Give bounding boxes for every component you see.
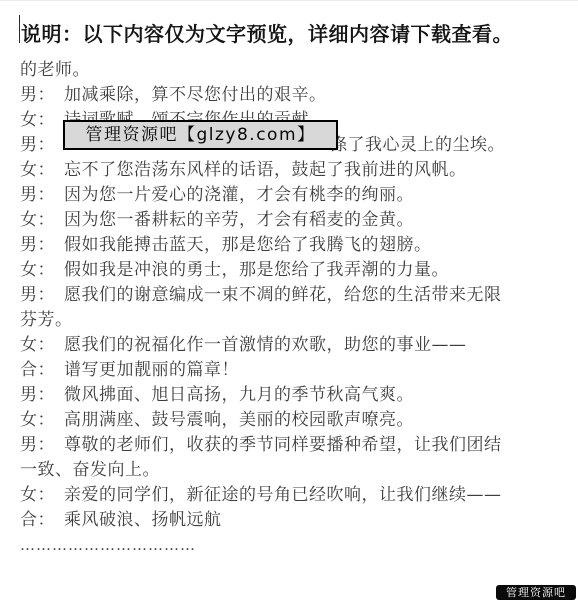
speaker-label: 男： <box>20 235 55 255</box>
speaker-label: 女： <box>20 210 55 230</box>
speaker-label: 合： <box>20 360 55 380</box>
preview-notice: 说明：以下内容仅为文字预览，详细内容请下载查看。 <box>21 18 513 47</box>
line-text: 因为您一番耕耘的辛劳，才会有稻麦的金黄。 <box>64 210 414 230</box>
preview-page: 说明：以下内容仅为文字预览，详细内容请下载查看。 的老师。男：加减乘除，算不尽您… <box>0 0 578 601</box>
speaker-label: 男： <box>20 285 55 305</box>
line-text: 忘不了您浩荡东风样的话语，鼓起了我前进的风帆。 <box>64 160 467 180</box>
speaker-label: 女： <box>20 410 55 430</box>
script-line: 男：微风拂面、旭日高扬，九月的季节秋高气爽。 <box>20 383 572 408</box>
script-line: 男：愿我们的谢意编成一束不凋的鲜花，给您的生活带来无限 <box>20 283 572 308</box>
script-line: 的老师。 <box>20 58 572 83</box>
line-text: 假如我能搏击蓝天，那是您给了我腾飞的翅膀。 <box>64 235 432 255</box>
speaker-label: 男： <box>20 435 55 455</box>
script-line: 女：因为您一番耕耘的辛劳，才会有稻麦的金黄。 <box>20 208 572 233</box>
speaker-label: 女： <box>20 110 55 130</box>
line-text: 乘风破浪、扬帆远航 <box>64 510 222 530</box>
line-text: 愿我们的谢意编成一束不凋的鲜花，给您的生活带来无限 <box>64 285 502 305</box>
line-text: 谱写更加靓丽的篇章！ <box>64 360 239 380</box>
watermark-box: 管理资源吧【glzy8.com】 <box>63 120 338 150</box>
line-text: 一致、奋发向上。 <box>20 460 160 480</box>
line-text: 芬芳。 <box>20 310 73 330</box>
speaker-label: 男： <box>20 385 55 405</box>
line-text: 假如我是冲浪的勇士，那是您给了我弄潮的力量。 <box>64 260 449 280</box>
line-text: 尊敬的老师们，收获的季节同样要播种希望，让我们团结 <box>64 435 502 455</box>
script-line: 男：因为您一片爱心的浇灌，才会有桃李的绚丽。 <box>20 183 572 208</box>
script-line: 合：乘风破浪、扬帆远航 <box>20 508 572 533</box>
script-line: 女：亲爱的同学们，新征途的号角已经吹响，让我们继续—— <box>20 483 572 508</box>
line-text: 的老师。 <box>20 60 90 80</box>
line-text: 因为您一片爱心的浇灌，才会有桃李的绚丽。 <box>64 185 414 205</box>
line-text: 微风拂面、旭日高扬，九月的季节秋高气爽。 <box>64 385 414 405</box>
speaker-label: 合： <box>20 510 55 530</box>
script-line: 男：尊敬的老师们，收获的季节同样要播种希望，让我们团结 <box>20 433 572 458</box>
script-line: 女：假如我是冲浪的勇士，那是您给了我弄潮的力量。 <box>20 258 572 283</box>
line-text: 涤了我心灵上的尘埃。 <box>330 133 505 158</box>
line-text: 高朋满座、鼓号震响，美丽的校园歌声嘹亮。 <box>64 410 414 430</box>
script-line: 芬芳。 <box>20 308 572 333</box>
script-line: 女：忘不了您浩荡东风样的话语，鼓起了我前进的风帆。 <box>20 158 572 183</box>
speaker-label: 女： <box>20 485 55 505</box>
line-text: …………………………… <box>20 536 196 554</box>
script-line: 男：加减乘除，算不尽您付出的艰辛。 <box>20 83 572 108</box>
script-line: 合：谱写更加靓丽的篇章！ <box>20 358 572 383</box>
speaker-label: 女： <box>20 160 55 180</box>
ellipsis-line: …………………………… <box>20 533 572 558</box>
text-caret <box>19 15 20 43</box>
line-text: 加减乘除，算不尽您付出的艰辛。 <box>64 85 327 105</box>
speaker-label: 男： <box>20 85 55 105</box>
speaker-label: 男： <box>20 135 55 155</box>
speaker-label: 女： <box>20 260 55 280</box>
speaker-label: 男： <box>20 185 55 205</box>
speaker-label: 女： <box>20 335 55 355</box>
line-text: 愿我们的祝福化作一首激情的欢歌，助您的事业—— <box>64 335 467 355</box>
script-line: 女：愿我们的祝福化作一首激情的欢歌，助您的事业—— <box>20 333 572 358</box>
script-line: 女：高朋满座、鼓号震响，美丽的校园歌声嘹亮。 <box>20 408 572 433</box>
script-line: 一致、奋发向上。 <box>20 458 572 483</box>
line-text: 亲爱的同学们，新征途的号角已经吹响，让我们继续—— <box>64 485 502 505</box>
site-badge: 管理资源吧 <box>496 585 576 600</box>
script-line: 男：假如我能搏击蓝天，那是您给了我腾飞的翅膀。 <box>20 233 572 258</box>
